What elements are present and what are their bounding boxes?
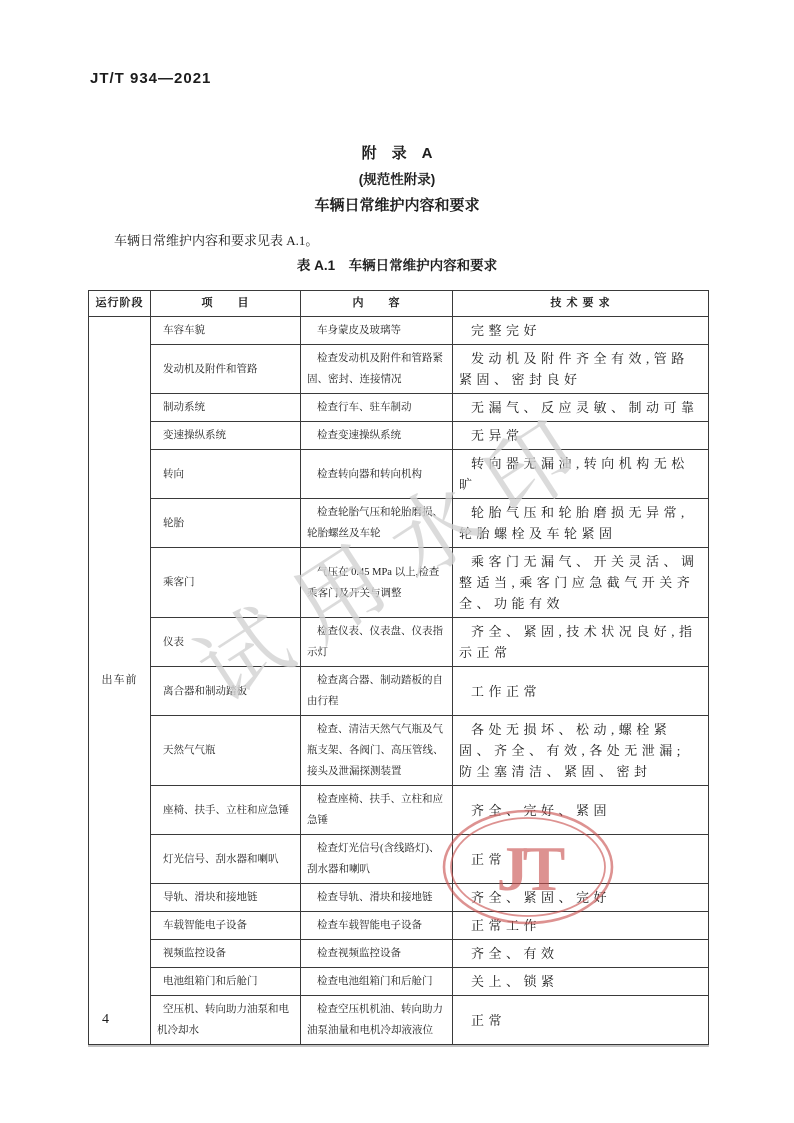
page-number: 4 (102, 1012, 109, 1028)
table-row: 制动系统检查行车、驻车制动无漏气、反应灵敏、制动可靠 (89, 394, 709, 422)
content-cell: 检查行车、驻车制动 (301, 394, 453, 422)
requirement-cell: 乘客门无漏气、开关灵活、调整适当,乘客门应急截气开关齐全、功能有效 (453, 548, 709, 618)
content-cell: 检查灯光信号(含线路灯)、刮水器和喇叭 (301, 835, 453, 884)
requirement-cell: 完整完好 (453, 317, 709, 345)
item-cell: 电池组箱门和后舱门 (151, 968, 301, 996)
table-row: 离合器和制动踏板检查离合器、制动踏板的自由行程工作正常 (89, 667, 709, 716)
requirement-cell: 齐全、紧固、完好 (453, 884, 709, 912)
requirement-cell: 发动机及附件齐全有效,管路紧固、密封良好 (453, 345, 709, 394)
standard-code: JT/T 934—2021 (90, 70, 211, 87)
content-cell: 检查仪表、仪表盘、仪表指示灯 (301, 618, 453, 667)
item-cell: 视频监控设备 (151, 940, 301, 968)
content-cell: 检查导轨、滑块和接地链 (301, 884, 453, 912)
appendix-title: 附 录 A (0, 141, 794, 166)
appendix-title-block: 附 录 A (规范性附录) 车辆日常维护内容和要求 (0, 141, 794, 218)
requirement-cell: 正常 (453, 835, 709, 884)
requirement-cell: 正常 (453, 996, 709, 1045)
item-cell: 乘客门 (151, 548, 301, 618)
table-caption: 表 A.1 车辆日常维护内容和要求 (0, 254, 794, 274)
requirement-cell: 无异常 (453, 422, 709, 450)
content-cell: 检查轮胎气压和轮胎磨损、轮胎螺丝及车轮 (301, 499, 453, 548)
item-cell: 仪表 (151, 618, 301, 667)
table-row: 导轨、滑块和接地链检查导轨、滑块和接地链齐全、紧固、完好 (89, 884, 709, 912)
intro-paragraph: 车辆日常维护内容和要求见表 A.1。 (88, 231, 708, 251)
item-cell: 发动机及附件和管路 (151, 345, 301, 394)
table-row: 变速操纵系统检查变速操纵系统无异常 (89, 422, 709, 450)
content-cell: 车身蒙皮及玻璃等 (301, 317, 453, 345)
item-cell: 离合器和制动踏板 (151, 667, 301, 716)
requirement-cell: 工作正常 (453, 667, 709, 716)
table-header-row: 运行阶段 项 目 内 容 技 术 要 求 (89, 291, 709, 317)
requirement-cell: 齐全、紧固,技术状况良好,指示正常 (453, 618, 709, 667)
content-cell: 气压在 0.45 MPa 以上,检查乘客门及开关与调整 (301, 548, 453, 618)
appendix-subtitle: (规范性附录) (0, 166, 794, 193)
table-row: 车载智能电子设备检查车载智能电子设备正常工作 (89, 912, 709, 940)
header-item: 项 目 (151, 291, 301, 317)
content-cell: 检查座椅、扶手、立柱和应急锤 (301, 786, 453, 835)
table-row: 发动机及附件和管路检查发动机及附件和管路紧固、密封、连接情况发动机及附件齐全有效… (89, 345, 709, 394)
table-row: 视频监控设备检查视频监控设备齐全、有效 (89, 940, 709, 968)
table-body: 出车前车容车貌车身蒙皮及玻璃等完整完好发动机及附件和管路检查发动机及附件和管路紧… (89, 317, 709, 1045)
stage-cell: 出车前 (89, 317, 151, 1045)
table-row: 电池组箱门和后舱门检查电池组箱门和后舱门关上、锁紧 (89, 968, 709, 996)
table-row: 天然气气瓶检查、清洁天然气气瓶及气瓶支架、各阀门、高压管线、接头及泄漏探测装置各… (89, 716, 709, 786)
content-cell: 检查、清洁天然气气瓶及气瓶支架、各阀门、高压管线、接头及泄漏探测装置 (301, 716, 453, 786)
item-cell: 车容车貌 (151, 317, 301, 345)
table-row: 灯光信号、刮水器和喇叭检查灯光信号(含线路灯)、刮水器和喇叭正常 (89, 835, 709, 884)
header-stage: 运行阶段 (89, 291, 151, 317)
requirement-cell: 轮胎气压和轮胎磨损无异常,轮胎螺栓及车轮紧固 (453, 499, 709, 548)
requirement-cell: 各处无损坏、松动,螺栓紧固、齐全、有效,各处无泄漏;防尘塞清洁、紧固、密封 (453, 716, 709, 786)
content-cell: 检查空压机机油、转向助力油泵油量和电机冷却液液位 (301, 996, 453, 1045)
table-row: 转向检查转向器和转向机构转向器无漏油,转向机构无松旷 (89, 450, 709, 499)
content-cell: 检查车载智能电子设备 (301, 912, 453, 940)
item-cell: 空压机、转向助力油泵和电机冷却水 (151, 996, 301, 1045)
item-cell: 天然气气瓶 (151, 716, 301, 786)
content-cell: 检查转向器和转向机构 (301, 450, 453, 499)
requirement-cell: 无漏气、反应灵敏、制动可靠 (453, 394, 709, 422)
table-row: 仪表检查仪表、仪表盘、仪表指示灯齐全、紧固,技术状况良好,指示正常 (89, 618, 709, 667)
item-cell: 座椅、扶手、立柱和应急锤 (151, 786, 301, 835)
item-cell: 制动系统 (151, 394, 301, 422)
item-cell: 车载智能电子设备 (151, 912, 301, 940)
requirement-cell: 正常工作 (453, 912, 709, 940)
maintenance-table: 运行阶段 项 目 内 容 技 术 要 求 出车前车容车貌车身蒙皮及玻璃等完整完好… (88, 290, 709, 1045)
table-row: 出车前车容车貌车身蒙皮及玻璃等完整完好 (89, 317, 709, 345)
requirement-cell: 齐全、完好、紧固 (453, 786, 709, 835)
item-cell: 变速操纵系统 (151, 422, 301, 450)
content-cell: 检查离合器、制动踏板的自由行程 (301, 667, 453, 716)
content-cell: 检查视频监控设备 (301, 940, 453, 968)
table-row: 空压机、转向助力油泵和电机冷却水检查空压机机油、转向助力油泵油量和电机冷却液液位… (89, 996, 709, 1045)
requirement-cell: 转向器无漏油,转向机构无松旷 (453, 450, 709, 499)
table-row: 轮胎检查轮胎气压和轮胎磨损、轮胎螺丝及车轮轮胎气压和轮胎磨损无异常,轮胎螺栓及车… (89, 499, 709, 548)
content-cell: 检查发动机及附件和管路紧固、密封、连接情况 (301, 345, 453, 394)
document-page: JT/T 934—2021 附 录 A (规范性附录) 车辆日常维护内容和要求 … (0, 0, 794, 1123)
header-content: 内 容 (301, 291, 453, 317)
item-cell: 导轨、滑块和接地链 (151, 884, 301, 912)
item-cell: 轮胎 (151, 499, 301, 548)
requirement-cell: 关上、锁紧 (453, 968, 709, 996)
appendix-heading: 车辆日常维护内容和要求 (0, 193, 794, 218)
item-cell: 灯光信号、刮水器和喇叭 (151, 835, 301, 884)
requirement-cell: 齐全、有效 (453, 940, 709, 968)
content-cell: 检查电池组箱门和后舱门 (301, 968, 453, 996)
table-row: 座椅、扶手、立柱和应急锤检查座椅、扶手、立柱和应急锤齐全、完好、紧固 (89, 786, 709, 835)
item-cell: 转向 (151, 450, 301, 499)
table-row: 乘客门气压在 0.45 MPa 以上,检查乘客门及开关与调整乘客门无漏气、开关灵… (89, 548, 709, 618)
header-requirement: 技 术 要 求 (453, 291, 709, 317)
content-cell: 检查变速操纵系统 (301, 422, 453, 450)
